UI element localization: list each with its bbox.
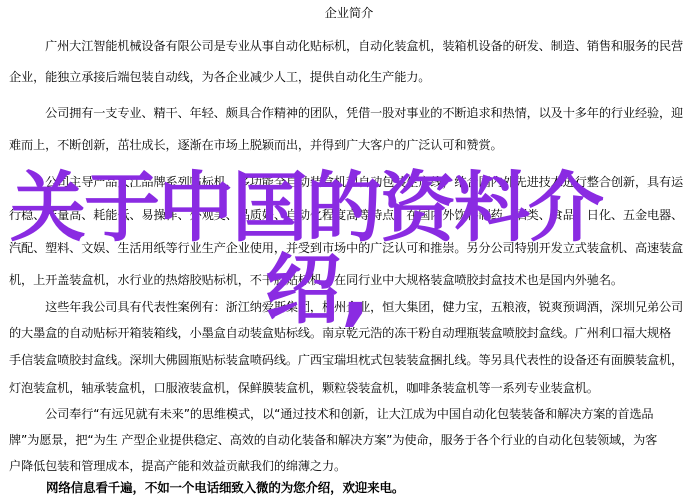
paragraph-line: 行稳、产量高、耗能低、易操作、外观美、品质好、自动化程度高等特点，在国内外饮料制…	[9, 207, 694, 223]
paragraph-line: 机，上开盖装盒机，水行业的热熔胶贴标机，不干胶贴标机。在同行业中大规格装盒喷胶封…	[9, 272, 694, 288]
paragraph-line: 公司拥有一支专业、精干、年轻、颇具合作精神的团队，凭借一股对事业的不断追求和热情…	[9, 105, 694, 121]
paragraph-line: 牌”为愿景，把“为生 产型企业提供稳定、高效的自动化装备和解决方案”为使命，服务…	[9, 432, 694, 448]
document-title: 企业简介	[0, 5, 698, 21]
paragraph-line: 灯泡装盒机，轴承装盒机，口服液装盒机，保鲜膜装盒机，颗粒袋装盒机，咖啡条装盒机等…	[9, 380, 694, 396]
paragraph-line: 汽配、塑料、文娱、生活用纸等行业生产企业使用，并受到市场中的广泛认可和推崇。另分…	[9, 240, 694, 256]
paragraph-line: 户降低包装和管理成本，提高产能和效益贡献我们的绵薄之力。	[9, 458, 694, 474]
document-page: 企业简介 广州大江智能机械设备有限公司是专业从事自动化贴标机，自动化装盒机，装箱…	[0, 0, 698, 499]
contact-callout: 网络信息看千遍，不如一个电话细致入微的为您介绍，欢迎来电。	[9, 480, 694, 496]
paragraph-line: 的大墨盒的自动贴标开箱装箱线，小墨盒自动装盒贴标线。南京乾元浩的冻干粉自动理瓶装…	[9, 325, 694, 341]
paragraph-line: 难而上，不断创新，茁壮成长，逐渐在市场上脱颖而出，并得到广大客户的广泛认可和赞赏…	[9, 137, 694, 153]
watermark-title-line2: 绍,	[265, 252, 370, 328]
paragraph-line: 公司主导产品大江品牌系列贴标机，多功能全自动装盒机和自动包装生产线，结合国内外先…	[9, 174, 694, 190]
paragraph-line: 这些年我公司具有代表性案例有：浙江纳爱斯集团，杭州企业，恒大集团，健力宝，五粮液…	[9, 299, 694, 315]
paragraph-line: 企业，能独立承接后端包装自动线，为各企业减少人工，提供自动化生产能力。	[9, 69, 694, 85]
paragraph-line: 广州大江智能机械设备有限公司是专业从事自动化贴标机，自动化装盒机，装箱机设备的研…	[9, 38, 694, 54]
paragraph-line: 公司奉行“有远见就有未来”的思维模式，以“通过技术和创新，让大江成为中国自动化包…	[9, 406, 694, 422]
paragraph-line: 手信装盒喷胶封盒线。深圳大佛圆瓶贴标装盒喷码线。广西宝瑞坦枕式包装装盒捆扎线。等…	[9, 352, 694, 368]
